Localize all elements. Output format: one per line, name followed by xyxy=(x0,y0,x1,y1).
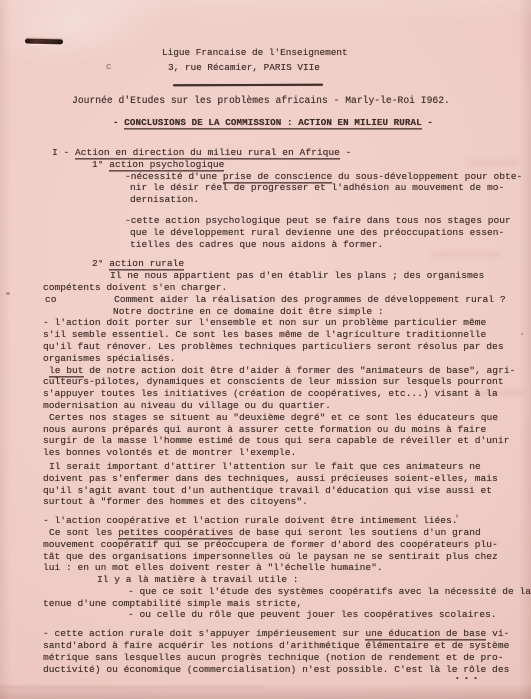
underlined-text: action rurale xyxy=(109,258,184,269)
text-run: Ce sont les xyxy=(49,527,118,538)
text-run: ductivité) ou économique (commercialisat… xyxy=(43,664,509,675)
stray-typed-char: c xyxy=(106,62,111,72)
text-run: 1° xyxy=(92,159,109,170)
organization-name: Ligue Francaise de l'Enseignement xyxy=(162,47,348,58)
event-title: Journée d'Etudes sur les problèmes afric… xyxy=(72,95,450,106)
text-run: du sous-développement pour obte- xyxy=(332,171,522,182)
document-line: s'il semble essentiel. Ce sont les bases… xyxy=(43,329,525,341)
document-line: lui : en un mot elles doivent rester à "… xyxy=(43,562,525,574)
text-run: Notre doctrine en ce domaine doit être s… xyxy=(113,306,384,317)
text-run: de notre action doit être d'aider à form… xyxy=(84,365,516,376)
underlined-text: le but xyxy=(49,365,84,376)
document-line: tât que des organisations impersonnelles… xyxy=(43,551,525,563)
text-run: que le développement rural devienne une … xyxy=(130,227,504,238)
document-line: - ou celle du rôle que peuvent jouer les… xyxy=(43,609,525,621)
text-run: -nécessité d'une xyxy=(125,171,223,182)
document-line: que le développement rural devienne une … xyxy=(43,227,525,239)
text-run: organismes spécialisés. xyxy=(43,353,175,364)
text-run: - ou celle du rôle que peuvent jouer les… xyxy=(128,609,496,620)
text-run: - l'action doit porter sur l'ensemble et… xyxy=(43,317,486,328)
title-text: CONCLUSIONS DE LA COMMISSION : ACTION EN… xyxy=(124,117,422,128)
document-line: dernisation. xyxy=(43,194,525,206)
underlined-text: petites coopératives xyxy=(118,527,233,538)
text-run: surtout à "former des hommes et des cito… xyxy=(43,496,308,507)
text-run: les bonnes volontés et de montrer l'exem… xyxy=(43,447,296,458)
text-run: santd'abord à faire acquérir les notions… xyxy=(43,640,509,651)
document-line: les bonnes volontés et de montrer l'exem… xyxy=(43,447,525,459)
text-run: mouvement coopératif qui se préoccupera … xyxy=(43,539,498,550)
document-line: ductivité) ou économique (commercialisat… xyxy=(43,664,525,676)
ink-fleck xyxy=(6,292,10,295)
document-line: mouvement coopératif qui se préoccupera … xyxy=(43,539,525,551)
text-run: vi- xyxy=(486,628,509,639)
document-line: Il serait important d'attirer l'attentio… xyxy=(43,461,525,473)
text-run: - que ce soit l'étude des systèmes coopé… xyxy=(128,586,531,597)
continuation-ellipsis: ... xyxy=(454,671,481,683)
text-run: co Comment aider la réalisation des prog… xyxy=(45,294,506,305)
document-line: qu'il s'agit avant tout d'un authentique… xyxy=(43,485,525,497)
scanned-document-page: Ligue Francaise de l'Enseignement 3, rue… xyxy=(0,0,531,699)
text-run: Il serait important d'attirer l'attentio… xyxy=(49,461,481,472)
document-line: 2° action rurale xyxy=(43,258,525,270)
text-run: Il ne nous appartient pas d'en établir l… xyxy=(110,270,484,281)
paper-crease-bottom xyxy=(0,686,265,688)
text-run: surgir de la masse l'homme estimé de tou… xyxy=(43,435,509,446)
title-dash-suffix: - xyxy=(422,117,433,128)
document-line: organismes spécialisés. xyxy=(43,353,525,365)
document-line: - cette action rurale doit s'appuyer imp… xyxy=(43,628,525,640)
underlined-text: Action en direction du milieu rural en A… xyxy=(75,147,340,158)
text-run: qu'il s'agit avant tout d'un authentique… xyxy=(43,485,492,496)
document-line: culteurs-pilotes, dynamiques et conscien… xyxy=(43,376,525,388)
document-line: Notre doctrine en ce domaine doit être s… xyxy=(43,306,525,318)
text-run: compétents doivent s'en charger. xyxy=(43,282,227,293)
document-line: nous aurons préparés qui auront à assure… xyxy=(43,424,525,436)
document-line: 1° action psychologique xyxy=(43,159,525,171)
document-body: I - Action en direction du milieu rural … xyxy=(43,147,525,675)
text-run: qu'il faut rénover. Les problèmes techni… xyxy=(43,341,504,352)
text-run: Certes nos stages se situent au "deuxièm… xyxy=(49,412,498,423)
document-line: le but de notre action doit être d'aider… xyxy=(43,365,525,377)
text-run: métrique sans lesquelles aucun progrès t… xyxy=(43,652,504,663)
underlined-text: action psychologique xyxy=(109,159,224,170)
text-run: tielles des cadres que nous aidons à for… xyxy=(130,239,383,250)
header-rule xyxy=(173,84,323,87)
document-line: compétents doivent s'en charger. xyxy=(43,282,525,294)
text-run: tât que des organisations impersonnelles… xyxy=(43,551,498,562)
text-run: 2° xyxy=(92,258,109,269)
document-line: modernisation au niveau du village ou du… xyxy=(43,400,525,412)
document-line: -cette action psychologique peut se fair… xyxy=(43,215,525,227)
document-line: santd'abord à faire acquérir les notions… xyxy=(43,640,525,652)
text-run: nir le désir réel de progresser et l'adh… xyxy=(130,182,504,193)
document-line: surgir de la masse l'homme estimé de tou… xyxy=(43,435,525,447)
text-run: I - xyxy=(52,147,75,158)
document-line: tielles des cadres que nous aidons à for… xyxy=(43,239,525,251)
text-run: - xyxy=(340,147,352,158)
text-run: -cette action psychologique peut se fair… xyxy=(125,215,511,226)
text-run: lui : en un mot elles doivent rester à "… xyxy=(43,562,383,573)
text-run: modernisation au niveau du village ou du… xyxy=(43,400,331,411)
staple xyxy=(25,39,63,45)
document-line: - l'action coopérative et l'action rural… xyxy=(43,515,525,527)
text-run: doivent pas s'enfermer dans des techniqu… xyxy=(43,473,498,484)
text-run: s'il semble essentiel. Ce sont les bases… xyxy=(43,329,486,340)
document-line: - que ce soit l'étude des systèmes coopé… xyxy=(43,586,525,598)
text-run: de base qui seront les soutiens d'un gra… xyxy=(233,527,481,538)
document-line: tenue d'une comptabilité simple mais str… xyxy=(43,598,525,610)
text-run: Il y a là matière à travail utile : xyxy=(97,574,299,585)
document-line: -nécessité d'une prise de conscience du … xyxy=(43,171,525,183)
document-line: Certes nos stages se situent au "deuxièm… xyxy=(43,412,525,424)
organization-address: 3, rue Récamier, PARIS VIIe xyxy=(168,62,320,73)
document-line: nir le désir réel de progresser et l'adh… xyxy=(43,182,525,194)
document-title: - CONCLUSIONS DE LA COMMISSION : ACTION … xyxy=(113,117,433,128)
text-run: - l'action coopérative et l'action rural… xyxy=(43,515,458,526)
text-run: tenue d'une comptabilité simple mais str… xyxy=(43,598,302,609)
underlined-text: prise de conscience xyxy=(223,171,332,182)
underlined-text: une éducation de base xyxy=(365,628,486,639)
document-line: Il ne nous appartient pas d'en établir l… xyxy=(43,270,525,282)
text-run: dernisation. xyxy=(130,194,199,205)
document-line: Il y a là matière à travail utile : xyxy=(43,574,525,586)
title-dash-prefix: - xyxy=(113,117,124,128)
text-run: s'appuyer toutes les initiatives (créati… xyxy=(43,388,498,399)
document-line: I - Action en direction du milieu rural … xyxy=(43,147,525,159)
document-line: surtout à "former des hommes et des cito… xyxy=(43,496,525,508)
document-line: s'appuyer toutes les initiatives (créati… xyxy=(43,388,525,400)
document-line: - l'action doit porter sur l'ensemble et… xyxy=(43,317,525,329)
document-line: doivent pas s'enfermer dans des techniqu… xyxy=(43,473,525,485)
document-line: métrique sans lesquelles aucun progrès t… xyxy=(43,652,525,664)
document-line: Ce sont les petites coopératives de base… xyxy=(43,527,525,539)
document-line: co Comment aider la réalisation des prog… xyxy=(43,294,525,306)
text-run: nous aurons préparés qui auront à assure… xyxy=(43,424,486,435)
text-run: - cette action rurale doit s'appuyer imp… xyxy=(43,628,365,639)
document-line: qu'il faut rénover. Les problèmes techni… xyxy=(43,341,525,353)
text-run: culteurs-pilotes, dynamiques et conscien… xyxy=(43,376,504,387)
